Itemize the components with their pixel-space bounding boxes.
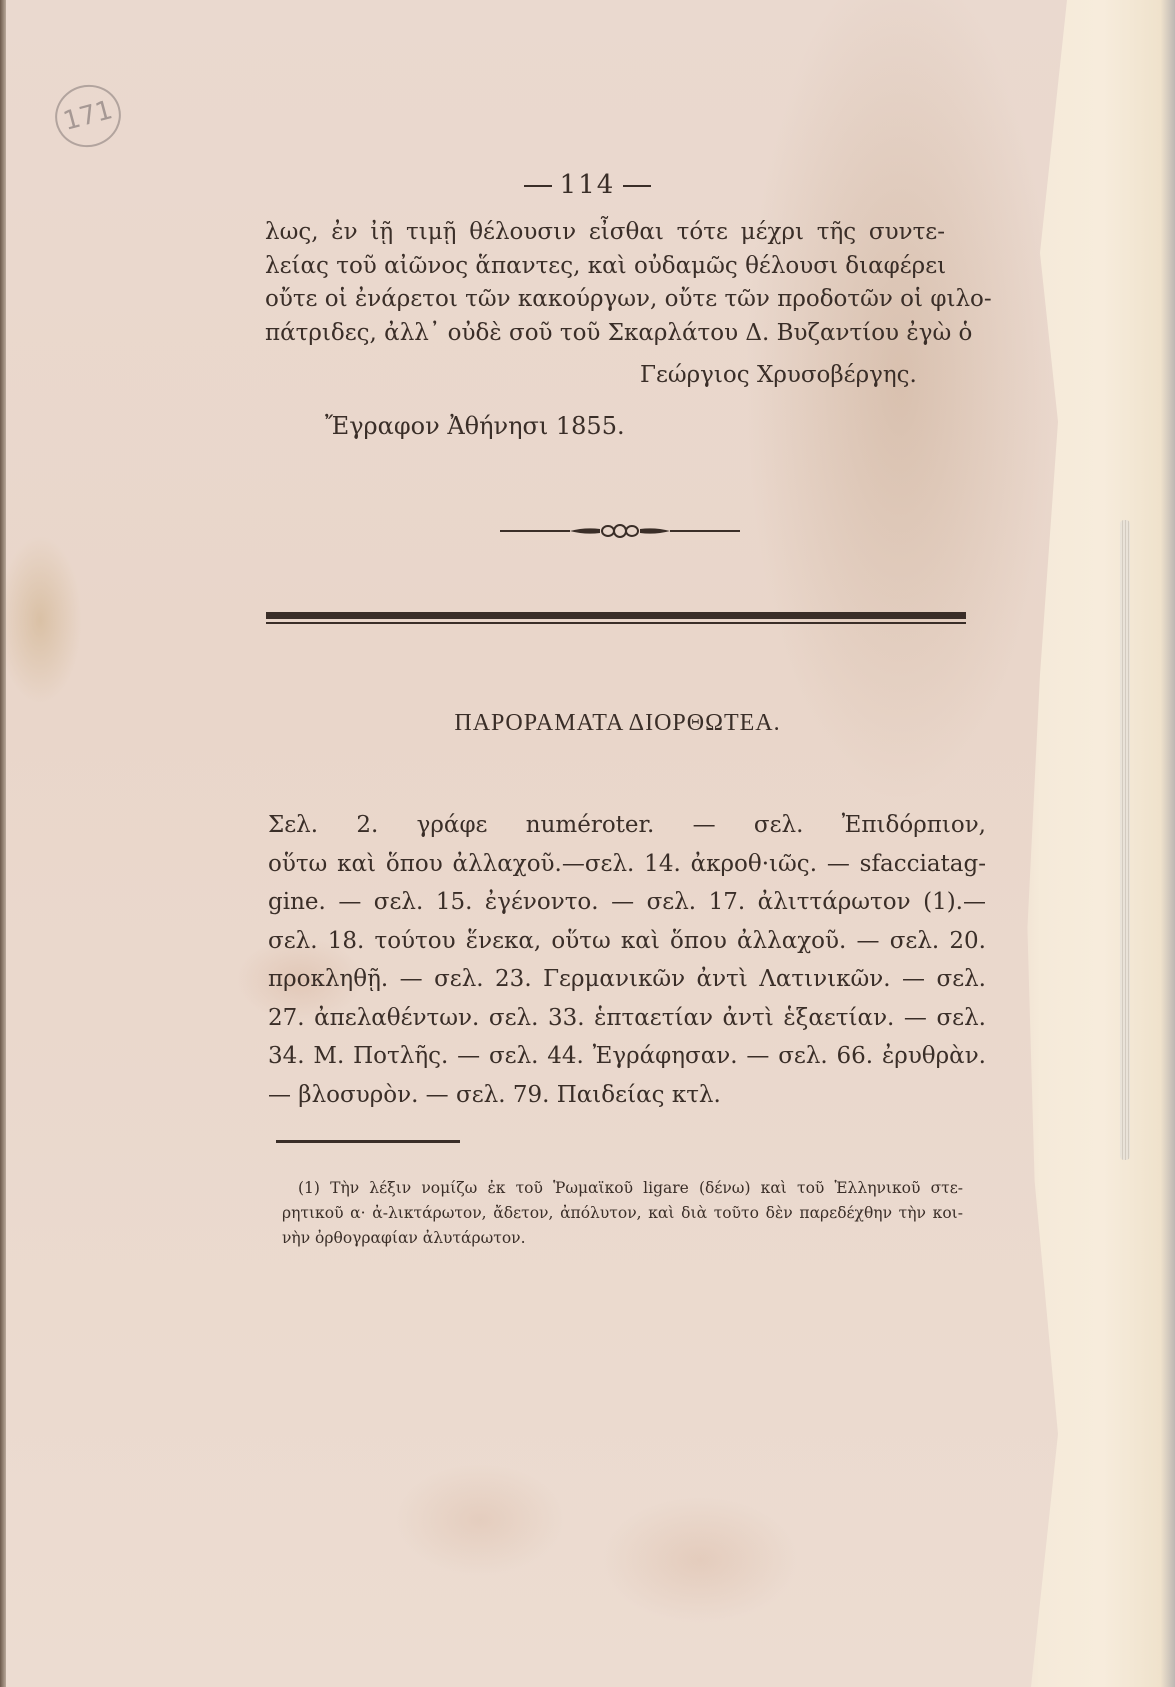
thin-rule [266, 622, 966, 624]
dash-right [623, 185, 651, 187]
errata-line: 27. ἀπελαθέντων. σελ. 33. ἑπταετίαν ἀντὶ… [268, 999, 986, 1038]
errata-line: οὕτω καὶ ὅπου ἀλλαχοῦ.—σελ. 14. ἀκροθ·ιῶ… [268, 845, 986, 884]
footnote-separator [276, 1140, 460, 1143]
footnote-line: νὴν ὀρθογραφίαν ἀλυτάρωτον. [282, 1226, 963, 1251]
page-number: 114 [0, 170, 1175, 200]
errata-line: προκληθῇ. — σελ. 23. Γερμανικῶν ἀντὶ Λατ… [268, 960, 986, 999]
water-damage-region [995, 0, 1175, 1687]
footnote-line: ρητικοῦ α· ἀ-λικτάρωτον, ἄδετον, ἀπόλυτο… [282, 1201, 963, 1226]
author-signature: Γεώργιος Χρυσοβέργης. [640, 362, 917, 388]
body-line: λείας τοῦ αἰῶνος ἅπαντες, καὶ οὐδαμῶς θέ… [265, 250, 945, 284]
errata-line: — βλοσυρὸν. — σελ. 79. Παιδείας κτλ. [268, 1076, 986, 1115]
footnote-line: (1) Τὴν λέξιν νομίζω ἐκ τοῦ Ῥωμαϊκοῦ lig… [298, 1176, 963, 1201]
errata-list: Σελ. 2. γράφε numéroter. — σελ. Ἐπιδόρπι… [268, 806, 986, 1114]
errata-line: 34. Μ. Ποτλῆς. — σελ. 44. Ἐγράφησαν. — σ… [268, 1037, 986, 1076]
body-line: πάτριδες, ἀλλ᾽ οὐδὲ σοῦ τοῦ Σκαρλάτου Δ.… [265, 317, 945, 351]
body-paragraph: λως, ἐν ἰῇ τιμῇ θέλουσιν εἶσθαι τότε μέχ… [265, 216, 945, 350]
section-title: ΠΑΡΟΡΑΜΑΤΑ ΔΙΟΡΘΩΤΕΑ. [0, 710, 1175, 737]
dateline: Ἔγραφον Ἀθήνησι 1855. [325, 412, 625, 440]
binding-thread [1120, 520, 1130, 1160]
body-line: οὔτε οἱ ἐνάρετοι τῶν κακούργων, οὔτε τῶν… [265, 283, 945, 317]
thick-rule [266, 612, 966, 619]
errata-line: Σελ. 2. γράφε numéroter. — σελ. Ἐπιδόρπι… [268, 806, 986, 845]
footnote: (1) Τὴν λέξιν νομίζω ἐκ τοῦ Ῥωμαϊκοῦ lig… [298, 1176, 963, 1251]
dash-left [524, 185, 552, 187]
page-number-value: 114 [560, 170, 616, 200]
body-line: λως, ἐν ἰῇ τιμῇ θέλουσιν εἶσθαι τότε μέχ… [265, 216, 945, 250]
scanned-book-page: 171 114 λως, ἐν ἰῇ τιμῇ θέλουσιν εἶσθαι … [0, 0, 1175, 1687]
ornamental-divider [500, 524, 740, 538]
errata-line: σελ. 18. τούτου ἕνεκα, οὕτω καὶ ὅπου ἀλλ… [268, 922, 986, 961]
pencil-page-annotation: 171 [48, 78, 128, 155]
page-left-edge-shadow [0, 0, 6, 1687]
errata-line: gine. — σελ. 15. ἐγένοντο. — σελ. 17. ἀλ… [268, 883, 986, 922]
double-horizontal-rule [266, 612, 966, 624]
